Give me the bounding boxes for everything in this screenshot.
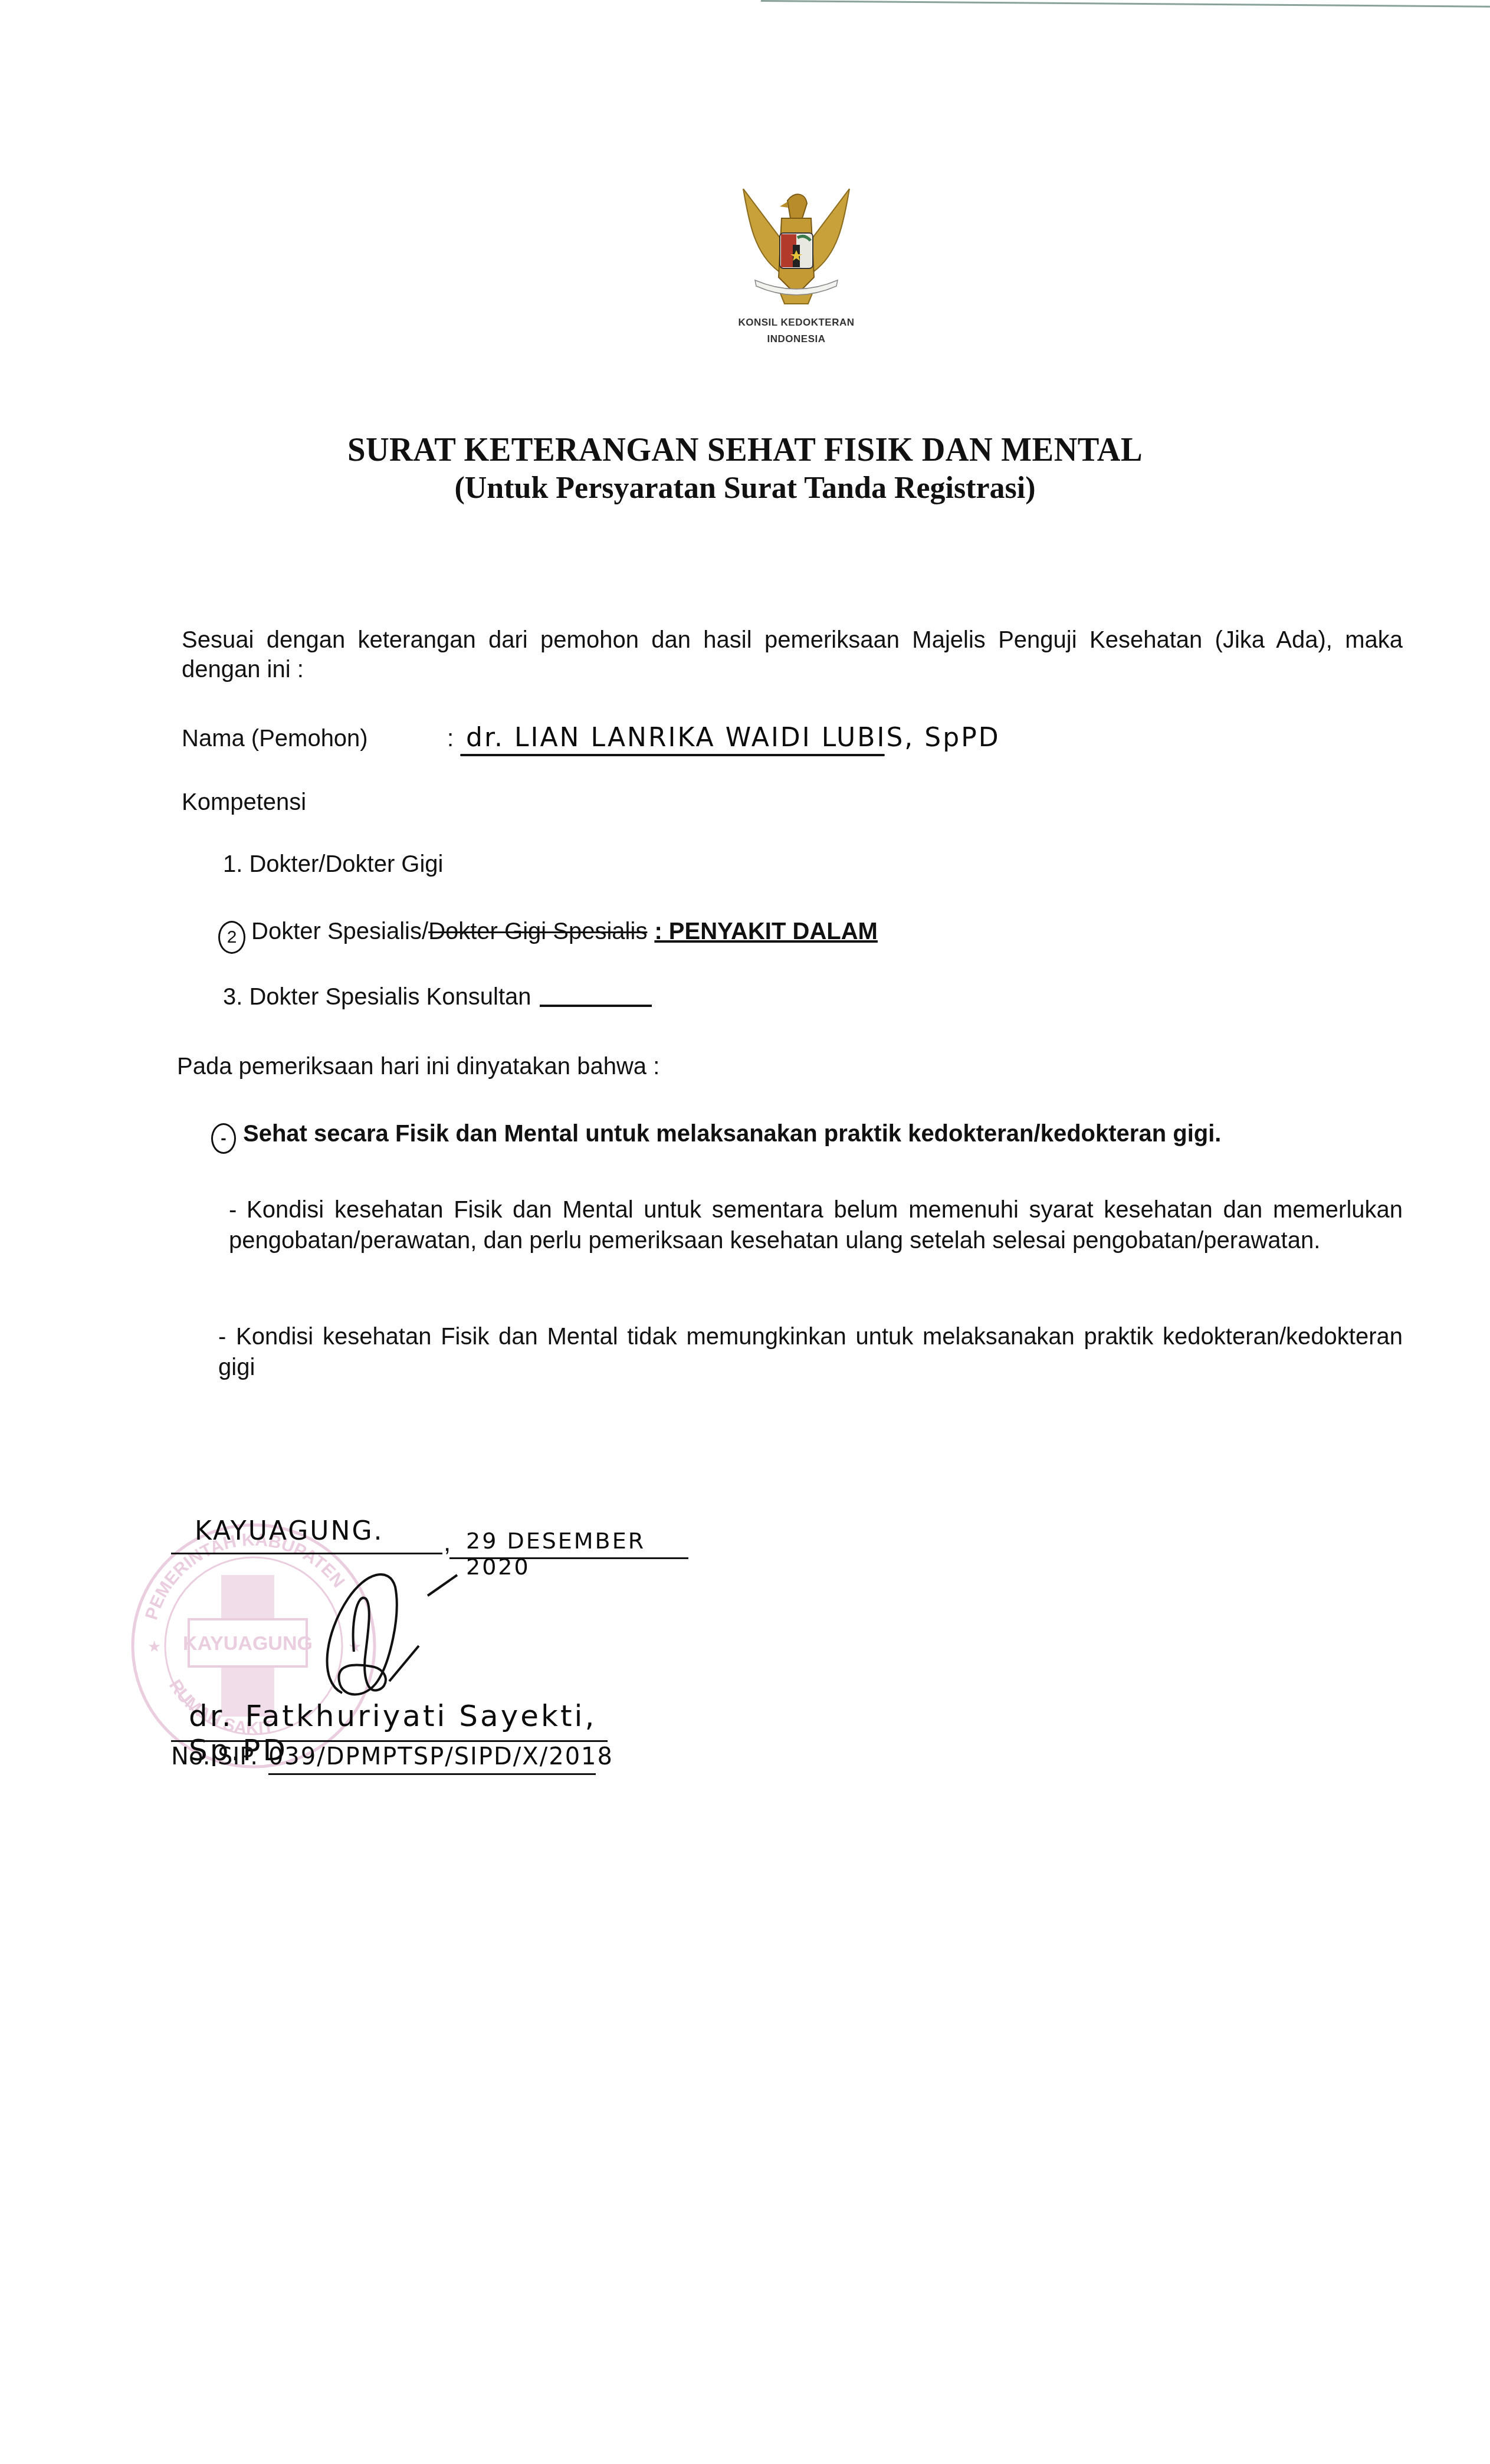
handwritten-signature-icon — [307, 1563, 484, 1711]
competence-item-2[interactable]: 2 Dokter Spesialis/ Dokter Gigi Spesiali… — [223, 917, 878, 950]
scan-edge-line — [761, 0, 1490, 11]
competence-item-number: 2 — [227, 927, 237, 947]
competence-item-text: Dokter/Dokter Gigi — [249, 851, 443, 877]
date-value[interactable]: 29 DESEMBER 2020 — [466, 1528, 690, 1580]
sip-row: No. SIP. 039/DPMPTSP/SIPD/X/2018 — [171, 1743, 613, 1774]
option-marker: - — [218, 1321, 236, 1352]
organization-name-line2: INDONESIA — [708, 333, 885, 346]
competence-item-number: 3. — [223, 984, 242, 1010]
selected-circle-icon: 2 — [218, 921, 245, 954]
exam-option-text: Kondisi kesehatan Fisik dan Mental tidak… — [218, 1324, 1403, 1380]
place-value[interactable]: KAYUAGUNG. — [195, 1516, 383, 1546]
document-subtitle: (Untuk Persyaratan Surat Tanda Registras… — [0, 470, 1490, 507]
competence-heading: Kompetensi — [182, 788, 306, 817]
place-date-separator: , — [444, 1528, 451, 1557]
option-marker: - — [229, 1195, 247, 1225]
applicant-name-colon: : — [447, 726, 458, 752]
garuda-emblem-icon — [731, 177, 861, 313]
competence-item-struck-text: Dokter Gigi Spesialis — [428, 918, 647, 945]
organization-name-line1: KONSIL KEDOKTERAN — [708, 316, 885, 329]
selected-circle-icon: - — [211, 1123, 236, 1154]
applicant-name-row: Nama (Pemohon) : dr. LIAN LANRIKA WAIDI … — [182, 723, 1004, 756]
sip-underline — [268, 1773, 596, 1775]
competence-item-number: 1. — [223, 851, 242, 877]
competence-item-1[interactable]: 1. Dokter/Dokter Gigi — [223, 851, 443, 878]
sip-value[interactable]: 039/DPMPTSP/SIPD/X/2018 — [268, 1743, 613, 1774]
date-underline — [449, 1557, 688, 1559]
exam-option-temporary[interactable]: -Kondisi kesehatan Fisik dan Mental untu… — [229, 1195, 1403, 1256]
document-title-block: SURAT KETERANGAN SEHAT FISIK DAN MENTAL … — [0, 431, 1490, 507]
examination-heading: Pada pemeriksaan hari ini dinyatakan bah… — [177, 1052, 659, 1081]
doctor-name-underline — [171, 1740, 608, 1742]
exam-option-unfit[interactable]: -Kondisi kesehatan Fisik dan Mental tida… — [218, 1321, 1403, 1383]
signature-block: KAYUAGUNG. , 29 DESEMBER 2020 dr. Fatkhu… — [171, 1510, 702, 1781]
consultant-blank-line — [540, 1005, 652, 1007]
sip-label: No. SIP. — [171, 1743, 258, 1770]
applicant-name-label: Nama (Pemohon) — [182, 726, 447, 752]
intro-paragraph: Sesuai dengan keterangan dari pemohon da… — [182, 625, 1403, 684]
competence-item-text: Dokter Spesialis Konsultan — [249, 984, 531, 1010]
sip-value-text: 039/DPMPTSP/SIPD/X/2018 — [268, 1743, 613, 1770]
applicant-name-underline — [460, 754, 885, 756]
exam-option-healthy[interactable]: - Sehat secara Fisik dan Mental untuk me… — [211, 1121, 1221, 1151]
place-underline — [171, 1553, 442, 1554]
document-title: SURAT KETERANGAN SEHAT FISIK DAN MENTAL — [15, 431, 1475, 470]
exam-option-text: Sehat secara Fisik dan Mental untuk mela… — [243, 1121, 1221, 1147]
applicant-name-text: dr. LIAN LANRIKA WAIDI LUBIS, SpPD — [466, 723, 1000, 753]
competence-item-text: Dokter Spesialis/ — [251, 918, 428, 945]
svg-text:★: ★ — [147, 1638, 161, 1655]
letterhead: KONSIL KEDOKTERAN INDONESIA — [708, 177, 885, 346]
competence-item-3[interactable]: 3. Dokter Spesialis Konsultan — [223, 984, 652, 1010]
place-date-row: KAYUAGUNG. , 29 DESEMBER 2020 — [171, 1510, 690, 1557]
competence-specialty: : PENYAKIT DALAM — [654, 918, 878, 945]
option-marker: - — [221, 1129, 226, 1148]
applicant-name-value[interactable]: dr. LIAN LANRIKA WAIDI LUBIS, SpPD — [458, 723, 1004, 756]
exam-option-text: Kondisi kesehatan Fisik dan Mental untuk… — [229, 1197, 1403, 1254]
